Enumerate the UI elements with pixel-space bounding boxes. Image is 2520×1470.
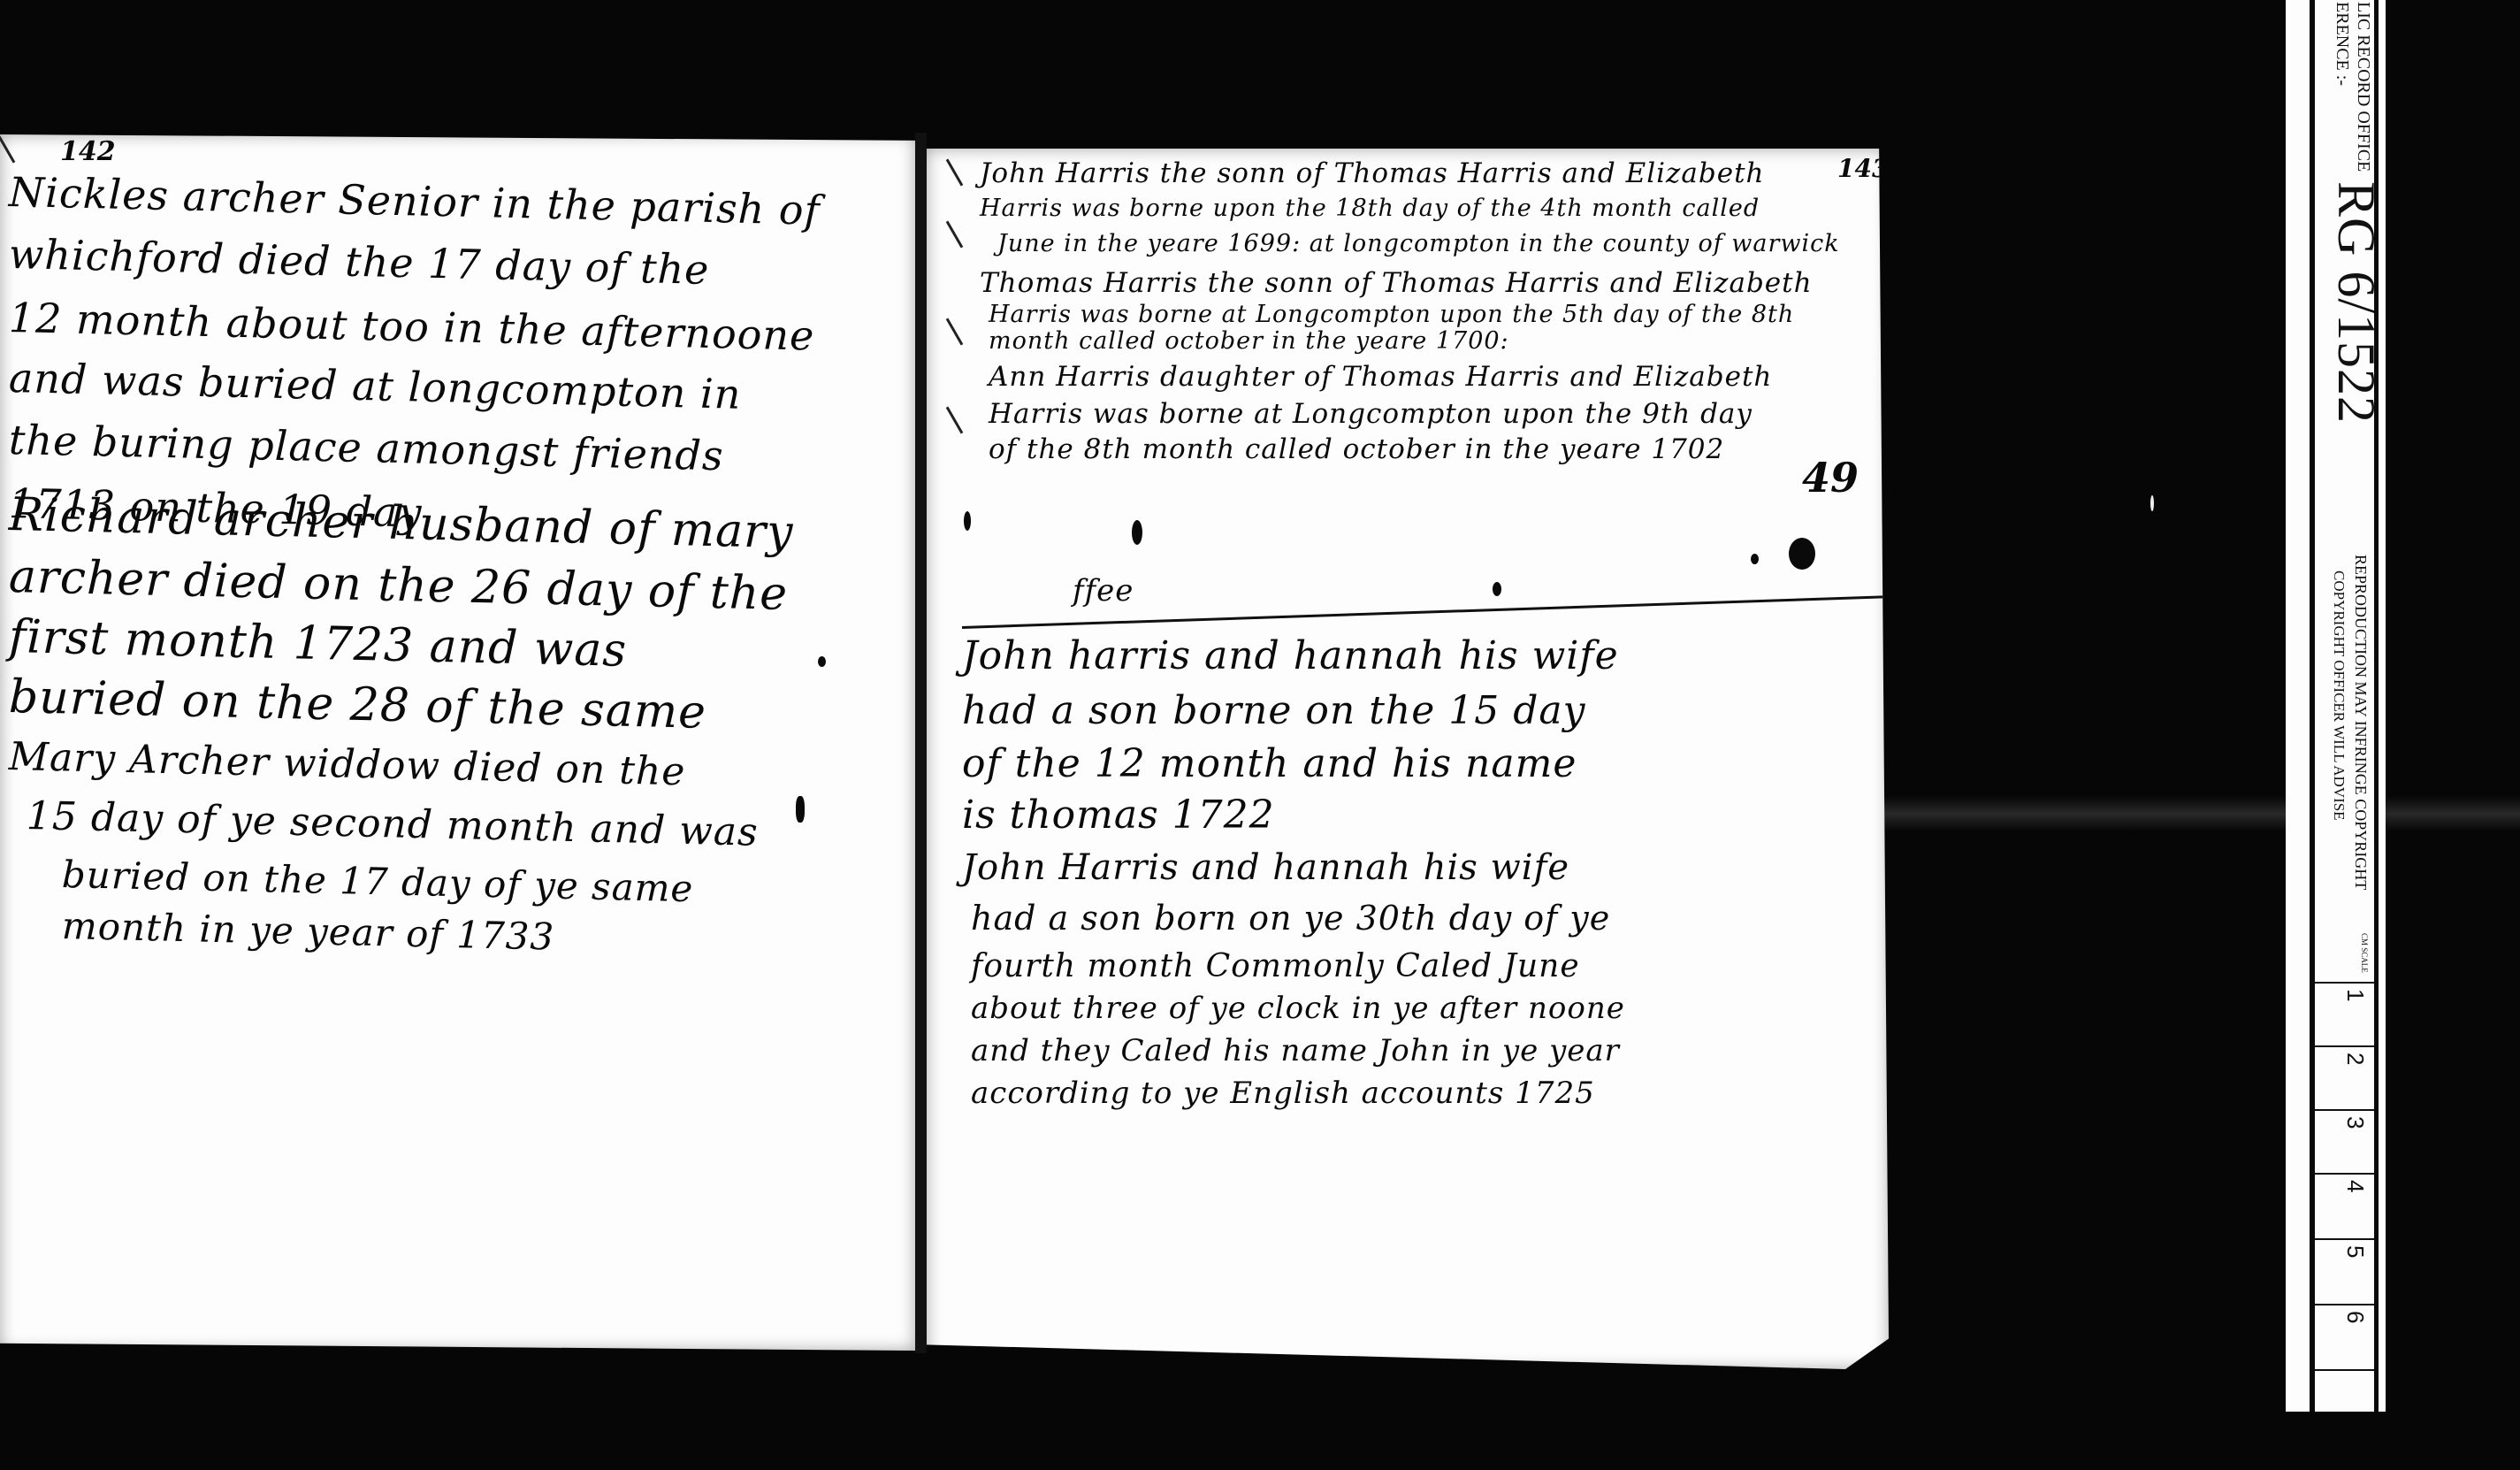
right-lower-line: John Harris and hannah his wife xyxy=(962,847,1569,888)
copyright-notice-2: COPYRIGHT OFFICER WILL ADVISE xyxy=(2330,570,2348,821)
scale-cell: 1 xyxy=(2315,982,2374,1045)
scan-smear xyxy=(1875,796,2520,831)
margin-tick xyxy=(946,318,964,346)
left-line: first month 1723 and was xyxy=(8,610,627,678)
ink-blot xyxy=(1132,520,1142,545)
left-line: 15 day of ye second month and was xyxy=(26,793,759,855)
right-lower-line: had a son born on ye 30th day of ye xyxy=(971,899,1610,938)
scale-cell: 6 xyxy=(2315,1304,2374,1367)
ink-blot xyxy=(1751,554,1759,564)
right-upper-line: Thomas Harris the sonn of Thomas Harris … xyxy=(980,267,1813,299)
left-page-number: 142 xyxy=(60,136,116,167)
left-line: buried on the 17 day of ye same xyxy=(61,853,693,910)
left-line: buried on the 28 of the same xyxy=(8,670,706,739)
left-line: month in ye year of 1733 xyxy=(61,904,554,959)
right-lower-line: John harris and hannah his wife xyxy=(962,633,1619,678)
margin-note: ffee xyxy=(1073,573,1134,609)
ink-blot xyxy=(1789,538,1815,570)
folio-stamp: 49 xyxy=(1802,454,1859,501)
right-lower-line: according to ye English accounts 1725 xyxy=(971,1076,1595,1111)
right-lower-line: fourth month Commonly Caled June xyxy=(971,948,1580,984)
right-upper-line: Harris was borne at Longcompton upon the… xyxy=(989,301,1794,328)
right-upper-line: Harris was borne at Longcompton upon the… xyxy=(989,398,1753,430)
left-line: Richard archer husband of mary xyxy=(8,488,794,559)
left-line: Mary Archer widdow died on the xyxy=(8,734,685,794)
ink-blot xyxy=(818,656,826,667)
right-page: 143 John Harris the sonn of Thomas Harri… xyxy=(927,149,1889,1369)
right-upper-line: Ann Harris daughter of Thomas Harris and… xyxy=(989,361,1772,393)
ink-blot xyxy=(796,796,805,823)
right-upper-line: month called october in the yeare 1700: xyxy=(989,327,1509,355)
margin-tick xyxy=(0,136,15,164)
record-office-label: LIC RECORD OFFICE xyxy=(2353,2,2373,172)
right-lower-line: is thomas 1722 xyxy=(962,792,1275,838)
scale-cell: 2 xyxy=(2315,1045,2374,1109)
margin-tick xyxy=(946,407,964,434)
left-page: 142 Nickles archer Senior in the parish … xyxy=(0,134,915,1351)
left-line: archer died on the 26 day of the xyxy=(8,550,788,621)
page-gutter xyxy=(915,133,927,1353)
right-lower-line: and they Caled his name John in ye year xyxy=(971,1033,1620,1068)
scale-cell xyxy=(2315,1369,2374,1412)
ink-blot xyxy=(964,511,971,531)
margin-tick xyxy=(946,221,964,249)
left-line: whichford died the 17 day of the xyxy=(8,230,710,294)
reference-number: RG 6/1522 xyxy=(2325,181,2386,424)
reference-strip: LIC RECORD OFFICE ERENCE :- RG 6/1522 RE… xyxy=(2286,0,2386,1412)
right-lower-line: about three of ye clock in ye after noon… xyxy=(971,991,1625,1026)
left-line: the buring place amongst friends xyxy=(8,416,724,479)
scale-label: CM SCALE xyxy=(2360,933,2368,973)
right-upper-line: June in the yeare 1699: at longcompton i… xyxy=(997,230,1840,257)
right-upper-line: Harris was borne upon the 18th day of th… xyxy=(980,195,1760,222)
right-lower-line: of the 12 month and his name xyxy=(962,741,1577,786)
reference-label: ERENCE :- xyxy=(2332,2,2352,86)
scale-cell: 4 xyxy=(2315,1173,2374,1236)
left-line: Nickles archer Senior in the parish of xyxy=(8,168,821,234)
left-line: 12 month about too in the afternoone xyxy=(8,294,815,360)
scale-cell: 5 xyxy=(2315,1238,2374,1302)
right-upper-line: of the 8th month called october in the y… xyxy=(989,433,1724,465)
scan-speck xyxy=(2150,495,2154,511)
margin-tick xyxy=(946,159,964,187)
right-lower-line: had a son borne on the 15 day xyxy=(962,688,1585,733)
scale-cell: 3 xyxy=(2315,1109,2374,1173)
ink-blot xyxy=(1493,582,1501,596)
left-line: and was buried at longcompton in xyxy=(8,354,742,418)
copyright-notice-1: REPRODUCTION MAY INFRINGE COPYRIGHT xyxy=(2351,555,2370,890)
right-upper-line: John Harris the sonn of Thomas Harris an… xyxy=(980,157,1765,189)
